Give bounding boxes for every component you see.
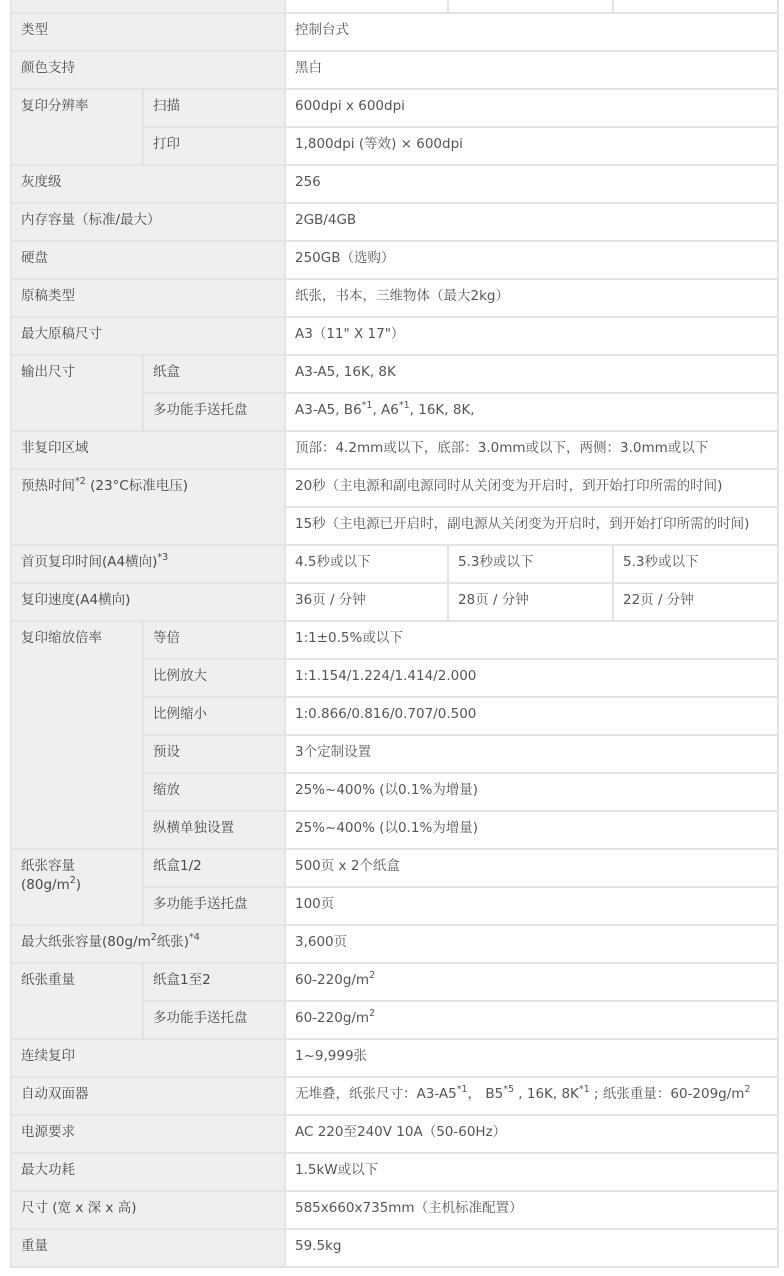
row-label: 预热时间*2 (23°C标准电压) <box>11 469 285 545</box>
row-sublabel: 扫描 <box>143 89 285 127</box>
row-label: 最大功耗 <box>11 1153 285 1191</box>
row-sublabel: 缩放 <box>143 773 285 811</box>
table-row-paper-weight-tray: 纸张重量 纸盒1至2 60-220g/m2 <box>11 963 778 1001</box>
row-value: 256 <box>285 165 778 203</box>
row-value: A3-A5, 16K, 8K <box>285 355 778 393</box>
row-value: A3-A5, B6*1, A6*1, 16K, 8K, <box>285 393 778 431</box>
row-value <box>613 0 778 13</box>
row-label: 输出尺寸 <box>11 355 143 431</box>
row-value: 5.3秒或以下 <box>448 545 613 583</box>
row-value: 60-220g/m2 <box>285 963 778 1001</box>
footnote-mark: *4 <box>189 932 200 943</box>
row-sublabel: 多功能手送托盘 <box>143 393 285 431</box>
spec-table-container: 型号 类型 控制台式 颜色支持 黑白 复印分辨率 扫描 600dpi x 600… <box>10 0 777 1268</box>
row-value: 1:1±0.5%或以下 <box>285 621 778 659</box>
table-row-max-original: 最大原稿尺寸 A3（11" X 17"） <box>11 317 778 355</box>
footnote-mark: *2 <box>75 476 86 487</box>
row-sublabel: 多功能手送托盘 <box>143 1001 285 1039</box>
row-value: 36页 / 分钟 <box>285 583 448 621</box>
row-label: 重量 <box>11 1229 285 1267</box>
table-row-output-size-tray: 输出尺寸 纸盒 A3-A5, 16K, 8K <box>11 355 778 393</box>
table-row-grayscale: 灰度级 256 <box>11 165 778 203</box>
row-sublabel: 纸盒1至2 <box>143 963 285 1001</box>
row-value: 600dpi x 600dpi <box>285 89 778 127</box>
row-value: 纸张，书本，三维物体（最大2kg） <box>285 279 778 317</box>
row-value: 22页 / 分钟 <box>613 583 778 621</box>
row-value: 顶部：4.2mm或以下，底部：3.0mm或以下，两侧：3.0mm或以下 <box>285 431 778 469</box>
row-sublabel: 纸盒 <box>143 355 285 393</box>
row-sublabel: 纸盒1/2 <box>143 849 285 887</box>
row-value: 25%~400% (以0.1%为增量) <box>285 811 778 849</box>
table-row-paper-capacity-tray: 纸张容量(80g/m2) 纸盒1/2 500页 x 2个纸盒 <box>11 849 778 887</box>
row-value: 15秒（主电源已开启时，副电源从关闭变为开启时，到开始打印所需的时间) <box>285 507 778 545</box>
table-row-memory: 内存容量（标准/最大） 2GB/4GB <box>11 203 778 241</box>
row-label: 自动双面器 <box>11 1077 285 1115</box>
row-label: 内存容量（标准/最大） <box>11 203 285 241</box>
table-row-warmup-1: 预热时间*2 (23°C标准电压) 20秒（主电源和副电源同时从关闭变为开启时，… <box>11 469 778 507</box>
footnote-mark: *3 <box>157 552 168 563</box>
row-value: 25%~400% (以0.1%为增量) <box>285 773 778 811</box>
row-label: 非复印区域 <box>11 431 285 469</box>
row-value: 500页 x 2个纸盒 <box>285 849 778 887</box>
row-label: 颜色支持 <box>11 51 285 89</box>
footnote-mark: *1 <box>457 1084 468 1095</box>
row-value <box>448 0 613 13</box>
row-label: 原稿类型 <box>11 279 285 317</box>
row-label: 复印缩放倍率 <box>11 621 143 849</box>
row-value: 1.5kW或以下 <box>285 1153 778 1191</box>
row-label: 灰度级 <box>11 165 285 203</box>
row-sublabel: 打印 <box>143 127 285 165</box>
table-row-power: 电源要求 AC 220至240V 10A（50-60Hz） <box>11 1115 778 1153</box>
footnote-mark: *1 <box>399 400 410 411</box>
row-value: 无堆叠，纸张尺寸：A3-A5*1， B5*5 , 16K, 8K*1 ; 纸张重… <box>285 1077 778 1115</box>
row-value: 1~9,999张 <box>285 1039 778 1077</box>
footnote-mark: *1 <box>579 1084 590 1095</box>
row-label: 复印分辨率 <box>11 89 143 165</box>
row-label: 尺寸 (宽 x 深 x 高) <box>11 1191 285 1229</box>
row-value: 20秒（主电源和副电源同时从关闭变为开启时，到开始打印所需的时间) <box>285 469 778 507</box>
row-label: 类型 <box>11 13 285 51</box>
table-row-dimensions: 尺寸 (宽 x 深 x 高) 585x660x735mm（主机标准配置） <box>11 1191 778 1229</box>
row-label: 纸张容量(80g/m2) <box>11 849 143 925</box>
row-value: 100页 <box>285 887 778 925</box>
row-value: 1:1.154/1.224/1.414/2.000 <box>285 659 778 697</box>
row-value: 2GB/4GB <box>285 203 778 241</box>
table-row-resolution-scan: 复印分辨率 扫描 600dpi x 600dpi <box>11 89 778 127</box>
row-label: 复印速度(A4横向) <box>11 583 285 621</box>
row-sublabel: 预设 <box>143 735 285 773</box>
table-row-hdd: 硬盘 250GB（选购） <box>11 241 778 279</box>
table-row-max-power: 最大功耗 1.5kW或以下 <box>11 1153 778 1191</box>
table-row-model: 型号 <box>11 0 778 13</box>
row-value: 控制台式 <box>285 13 778 51</box>
table-row-max-paper-capacity: 最大纸张容量(80g/m2纸张)*4 3,600页 <box>11 925 778 963</box>
row-label: 型号 <box>11 0 285 13</box>
row-value: 3个定制设置 <box>285 735 778 773</box>
table-row-non-copy-area: 非复印区域 顶部：4.2mm或以下，底部：3.0mm或以下，两侧：3.0mm或以… <box>11 431 778 469</box>
footnote-mark: *5 <box>503 1084 514 1095</box>
row-value: 3,600页 <box>285 925 778 963</box>
row-value: 585x660x735mm（主机标准配置） <box>285 1191 778 1229</box>
row-value: 1:0.866/0.816/0.707/0.500 <box>285 697 778 735</box>
table-row-weight: 重量 59.5kg <box>11 1229 778 1267</box>
row-label: 电源要求 <box>11 1115 285 1153</box>
row-value: AC 220至240V 10A（50-60Hz） <box>285 1115 778 1153</box>
row-label: 硬盘 <box>11 241 285 279</box>
row-value: 28页 / 分钟 <box>448 583 613 621</box>
row-sublabel: 多功能手送托盘 <box>143 887 285 925</box>
table-row-first-copy: 首页复印时间(A4横向)*3 4.5秒或以下 5.3秒或以下 5.3秒或以下 <box>11 545 778 583</box>
row-value: 5.3秒或以下 <box>613 545 778 583</box>
row-value: 4.5秒或以下 <box>285 545 448 583</box>
row-label: 最大原稿尺寸 <box>11 317 285 355</box>
table-row-duplex: 自动双面器 无堆叠，纸张尺寸：A3-A5*1， B5*5 , 16K, 8K*1… <box>11 1077 778 1115</box>
row-value: A3（11" X 17"） <box>285 317 778 355</box>
spec-table: 型号 类型 控制台式 颜色支持 黑白 复印分辨率 扫描 600dpi x 600… <box>10 0 779 1268</box>
table-row-zoom-ratio: 复印缩放倍率 等倍 1:1±0.5%或以下 <box>11 621 778 659</box>
row-label: 首页复印时间(A4横向)*3 <box>11 545 285 583</box>
row-label: 连续复印 <box>11 1039 285 1077</box>
table-row-continuous: 连续复印 1~9,999张 <box>11 1039 778 1077</box>
row-value: 60-220g/m2 <box>285 1001 778 1039</box>
table-row-original-type: 原稿类型 纸张，书本，三维物体（最大2kg） <box>11 279 778 317</box>
row-sublabel: 比例放大 <box>143 659 285 697</box>
row-label: 纸张重量 <box>11 963 143 1039</box>
row-sublabel: 比例缩小 <box>143 697 285 735</box>
table-row-color: 颜色支持 黑白 <box>11 51 778 89</box>
row-sublabel: 等倍 <box>143 621 285 659</box>
row-value: 1,800dpi (等效) × 600dpi <box>285 127 778 165</box>
table-row-type: 类型 控制台式 <box>11 13 778 51</box>
row-value: 黑白 <box>285 51 778 89</box>
footnote-mark: *1 <box>362 400 373 411</box>
row-value: 59.5kg <box>285 1229 778 1267</box>
row-value: 250GB（选购） <box>285 241 778 279</box>
row-label: 最大纸张容量(80g/m2纸张)*4 <box>11 925 285 963</box>
row-sublabel: 纵横单独设置 <box>143 811 285 849</box>
row-value <box>285 0 448 13</box>
table-row-copy-speed: 复印速度(A4横向) 36页 / 分钟 28页 / 分钟 22页 / 分钟 <box>11 583 778 621</box>
